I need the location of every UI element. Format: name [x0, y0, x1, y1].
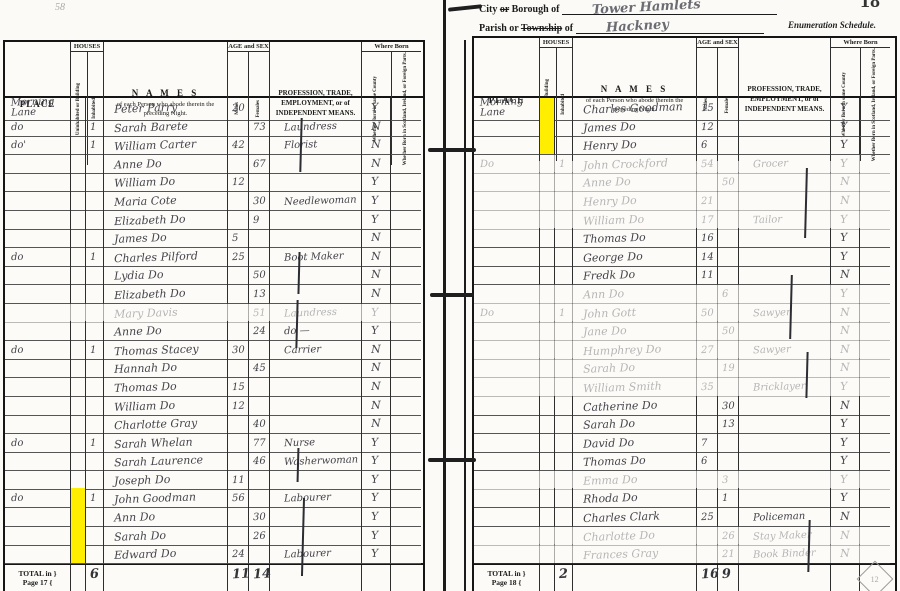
census-row: do1Sarah Whelan77NurseY	[5, 433, 423, 452]
born-county-cell-text: N	[362, 135, 381, 151]
profession-cell	[739, 265, 831, 285]
born-other-cell	[860, 191, 890, 211]
female-age-cell-text: 46	[249, 452, 266, 468]
female-age-cell-text: 6	[718, 285, 729, 300]
name-cell-text: John Crockford	[573, 152, 668, 171]
census-row: Henry Do21N	[474, 191, 895, 210]
born-county-cell-text: Y	[362, 98, 379, 114]
male-age-cell-text: 42	[228, 136, 245, 152]
name-cell: Humphrey Do	[573, 340, 697, 360]
name-cell: Sarah Do	[573, 414, 697, 434]
inhabited-cell-text: 1	[555, 303, 566, 318]
inhabited-cell	[86, 172, 104, 192]
name-cell: Frances Gray	[573, 544, 697, 564]
profession-cell: Stay Maker	[739, 526, 831, 546]
female-age-cell: 73	[249, 117, 270, 137]
profession-cell-text: Bricklayer	[739, 378, 806, 394]
female-age-cell-text: 3	[718, 471, 729, 486]
place-cell-text: Morning Lane	[5, 97, 55, 119]
place-cell-text: Do	[474, 308, 494, 319]
uninhabited-cell	[71, 191, 86, 211]
name-cell-text: Henry Do	[573, 190, 637, 208]
born-county-cell: Y	[831, 433, 860, 453]
born-county-cell-text: N	[362, 228, 381, 244]
born-county-cell-text: Y	[831, 116, 848, 132]
born-county-cell-text: Y	[362, 507, 379, 523]
profession-cell	[739, 247, 831, 267]
female-age-cell	[718, 433, 739, 453]
round-stamp: 12	[857, 560, 894, 591]
place-cell	[474, 340, 540, 360]
uninhabited-cell	[540, 228, 555, 248]
born-county-cell: Y	[831, 284, 860, 304]
born-other-cell	[860, 488, 890, 508]
name-cell: Ann Do	[104, 507, 228, 527]
born-county-cell-text: Y	[831, 98, 848, 114]
born-county-cell-text: N	[831, 321, 850, 337]
female-age-cell-text: 50	[718, 322, 735, 338]
male-age-cell-text: 27	[697, 340, 714, 356]
place-cell	[474, 433, 540, 453]
inhabited-cell	[86, 191, 104, 211]
male-age-cell	[228, 526, 249, 546]
born-other-cell	[860, 358, 890, 378]
uninhabited-cell	[540, 470, 555, 490]
profession-cell: Florist	[270, 135, 362, 155]
inhabited-cell: 1	[555, 154, 573, 174]
uninhabited-cell	[71, 488, 86, 508]
name-cell-text: Emma Do	[573, 469, 638, 487]
male-age-cell-text: 7	[697, 434, 708, 449]
name-cell: Mary Davis	[104, 303, 228, 323]
census-row: William Smith35BricklayerY	[474, 377, 895, 396]
female-age-cell: 30	[718, 396, 739, 416]
uninhabited-cell	[540, 154, 555, 174]
female-age-cell-text: 45	[249, 359, 266, 375]
male-age-cell: 6	[697, 451, 718, 471]
inhabited-cell	[555, 247, 573, 267]
female-age-cell-text: 67	[249, 154, 266, 170]
female-age-cell-text: 13	[718, 415, 735, 431]
place-cell	[474, 191, 540, 211]
born-county-cell-text: N	[831, 395, 850, 411]
born-county-cell-text: Y	[831, 246, 848, 262]
female-age-cell	[249, 247, 270, 267]
census-row: do1Sarah Barete73LaundressN	[5, 117, 423, 136]
male-age-cell-text: 35	[697, 378, 714, 394]
male-age-cell: 6	[697, 135, 718, 155]
born-other-cell	[391, 265, 421, 285]
inhabited-cell	[86, 321, 104, 341]
census-row: Anne Do24do —Y	[5, 321, 423, 340]
male-age-cell: 30	[228, 340, 249, 360]
profession-cell	[739, 117, 831, 137]
census-page-left: PLACE HOUSES Uninhabited or Building Inh…	[3, 40, 425, 591]
stitch-mark	[428, 148, 476, 152]
profession-cell-text: Washerwoman	[270, 452, 359, 469]
place-cell: do'	[5, 135, 71, 155]
female-age-cell-text: 51	[249, 303, 266, 319]
census-row: Edward Do24LabourerY	[5, 544, 423, 563]
female-age-cell	[249, 396, 270, 416]
name-cell-text: William Carter	[104, 134, 197, 153]
census-row: Rhoda Do1Y	[474, 488, 895, 507]
female-age-cell	[718, 303, 739, 323]
uninhabited-cell	[71, 321, 86, 341]
born-county-cell: N	[831, 358, 860, 378]
census-row: Ann Do30Y	[5, 507, 423, 526]
female-age-cell-text: 21	[718, 545, 735, 561]
born-other-cell	[860, 377, 890, 397]
uninhabited-cell	[71, 135, 86, 155]
city-value: Tower Hamlets	[592, 0, 701, 17]
female-age-cell	[718, 117, 739, 137]
stitch-mark	[428, 458, 476, 462]
uninhabited-cell	[71, 265, 86, 285]
born-county-cell-text: Y	[831, 154, 848, 170]
born-county-cell: N	[831, 321, 860, 341]
born-county-cell-text: N	[362, 377, 381, 393]
place-cell-text: do	[5, 494, 24, 505]
inhabited-cell	[86, 470, 104, 490]
inhabited-cell	[555, 433, 573, 453]
profession-cell: Sawyer	[739, 340, 831, 360]
city-blank: Tower Hamlets	[562, 2, 777, 15]
place-cell	[5, 544, 71, 564]
name-cell-text: Henry Do	[573, 134, 637, 152]
census-row: do'1William Carter42FloristN	[5, 135, 423, 154]
total-label: TOTAL in }	[18, 569, 56, 578]
male-age-cell-text: 6	[697, 136, 708, 151]
city-borough-line: City or Borough of Tower Hamlets	[479, 2, 777, 15]
born-other-cell	[391, 210, 421, 230]
male-age-cell	[228, 433, 249, 453]
female-age-cell	[718, 247, 739, 267]
profession-cell: Washerwoman	[270, 451, 362, 471]
born-other-cell	[391, 117, 421, 137]
place-cell	[5, 284, 71, 304]
name-cell-text: Ann Do	[104, 506, 156, 524]
born-county-cell-text: Y	[362, 191, 379, 207]
born-county-cell: Y	[362, 451, 391, 471]
place-cell	[474, 117, 540, 137]
profession-cell	[739, 284, 831, 304]
inhabited-cell	[86, 414, 104, 434]
inhabited-cell: 1	[555, 303, 573, 323]
female-age-cell: 24	[249, 321, 270, 341]
page-number: 18	[860, 0, 880, 13]
profession-cell	[270, 526, 362, 546]
born-other-cell	[860, 172, 890, 192]
stitch-mark	[448, 4, 482, 12]
born-other-cell	[860, 117, 890, 137]
inhabited-cell	[555, 228, 573, 248]
name-cell-text: William Do	[573, 208, 645, 226]
born-county-cell-text: N	[362, 116, 381, 132]
female-age-cell: 77	[249, 433, 270, 453]
born-county-cell: Y	[831, 228, 860, 248]
profession-cell	[739, 358, 831, 378]
uninhabited-cell	[71, 451, 86, 471]
name-cell-text: George Do	[573, 246, 643, 264]
born-other-cell	[391, 154, 421, 174]
born-county-cell: Y	[362, 433, 391, 453]
female-age-cell-text: 30	[249, 192, 266, 208]
born-county-cell-text: N	[362, 358, 381, 374]
name-cell-text: Charles Goodman	[573, 96, 683, 116]
census-row: Charlotte Do26Stay MakerN	[474, 526, 895, 545]
born-county-cell: N	[831, 396, 860, 416]
uninhabited-cell	[540, 544, 555, 564]
census-row: George Do14Y	[474, 247, 895, 266]
census-row: Frances Gray21Book BinderN	[474, 544, 895, 563]
male-age-cell-text: 16	[697, 229, 714, 245]
profession-cell-text: Needlewoman	[270, 191, 357, 208]
name-cell-text: Elizabeth Do	[104, 283, 186, 302]
inhabited-cell: 1	[86, 117, 104, 137]
profession-cell	[739, 172, 831, 192]
place-cell	[474, 470, 540, 490]
born-county-cell-text: N	[831, 265, 850, 281]
place-cell: do	[5, 488, 71, 508]
profession-cell: Nurse	[270, 433, 362, 453]
rows-left: Morning LanePeter Parry20Ydo1Sarah Baret…	[5, 98, 423, 563]
born-other-cell	[391, 191, 421, 211]
born-other-cell	[860, 284, 890, 304]
female-age-cell: 51	[249, 303, 270, 323]
name-cell: John Crockford	[573, 154, 697, 174]
name-cell-text: John Gott	[573, 301, 636, 319]
female-age-cell-text: 9	[249, 210, 260, 225]
born-county-cell-text: Y	[831, 451, 848, 467]
male-age-cell-text: 12	[228, 173, 245, 189]
uninhabited-cell	[540, 303, 555, 323]
age-sex-header: AGE and SEX	[697, 38, 738, 48]
uninhabited-cell	[71, 284, 86, 304]
name-cell-text: Mary Davis	[104, 301, 178, 320]
born-county-cell: N	[362, 135, 391, 155]
born-county-cell: Y	[362, 172, 391, 192]
male-age-cell	[697, 414, 718, 434]
female-age-cell: 40	[249, 414, 270, 434]
name-cell-text: Thomas Do	[573, 450, 646, 469]
born-other-cell	[391, 396, 421, 416]
born-other-cell	[860, 228, 890, 248]
uninhabited-cell	[540, 451, 555, 471]
place-cell	[5, 358, 71, 378]
name-cell-text: Sarah Barete	[104, 115, 188, 134]
inhabited-cell: 1	[86, 488, 104, 508]
place-cell	[474, 135, 540, 155]
enumeration-schedule-label: Enumeration Schedule.	[788, 20, 876, 30]
census-row: James Do5N	[5, 228, 423, 247]
born-other-cell	[860, 340, 890, 360]
born-county-cell-text: N	[831, 191, 850, 207]
male-age-cell: 27	[697, 340, 718, 360]
born-other-cell	[391, 433, 421, 453]
total-houses: 2	[555, 567, 569, 583]
born-county-cell-text: Y	[362, 302, 379, 318]
male-age-cell	[697, 172, 718, 192]
born-other-cell	[391, 488, 421, 508]
male-age-cell: 15	[228, 377, 249, 397]
born-county-cell: Y	[831, 247, 860, 267]
profession-cell	[270, 358, 362, 378]
male-age-cell-text: 25	[697, 508, 714, 524]
place-cell	[474, 451, 540, 471]
inhabited-cell	[86, 228, 104, 248]
born-other-cell	[860, 451, 890, 471]
census-row: Mary Davis51LaundressY	[5, 303, 423, 322]
census-row: Sarah Do19N	[474, 358, 895, 377]
born-county-cell: Y	[831, 117, 860, 137]
born-county-cell-text: N	[831, 507, 850, 523]
name-cell-text: Catherine Do	[573, 394, 658, 413]
inhabited-cell-text: 1	[86, 117, 97, 132]
name-cell: Anne Do	[104, 321, 228, 341]
profession-cell: Sawyer	[739, 303, 831, 323]
stitch-mark	[430, 293, 474, 297]
female-age-cell-text: 1	[718, 489, 729, 504]
female-age-cell	[718, 191, 739, 211]
profession-cell	[270, 470, 362, 490]
census-row: Anne Do50N	[474, 172, 895, 191]
name-cell: George Do	[573, 247, 697, 267]
profession-cell: Laundress	[270, 117, 362, 137]
name-cell-text: Anne Do	[573, 171, 631, 189]
female-age-cell	[718, 135, 739, 155]
total-row-right: TOTAL in }Page 18 { 2 16 9 12	[474, 563, 895, 591]
houses-header: HOUSES	[540, 38, 572, 48]
name-cell-text: Sarah Laurence	[104, 450, 203, 469]
male-age-cell-text: 56	[228, 489, 245, 505]
born-county-cell-text: Y	[362, 321, 379, 337]
place-cell	[474, 265, 540, 285]
census-row: Thomas Do15N	[5, 377, 423, 396]
female-age-cell-text: 50	[249, 266, 266, 282]
uninhabited-cell	[71, 414, 86, 434]
name-cell-text: Frances Gray	[573, 543, 659, 562]
male-age-cell-text: 21	[697, 192, 714, 208]
uninhabited-cell	[71, 358, 86, 378]
born-county-cell-text: N	[362, 414, 381, 430]
born-other-cell	[860, 507, 890, 527]
born-county-cell: Y	[831, 135, 860, 155]
female-age-cell	[718, 377, 739, 397]
inhabited-cell-text: 1	[86, 341, 97, 356]
male-age-cell	[228, 451, 249, 471]
name-cell: Jane Do	[573, 321, 697, 341]
female-age-cell	[718, 451, 739, 471]
census-row: Hannah Do45N	[5, 358, 423, 377]
profession-cell-text: Laundress	[270, 117, 337, 133]
female-age-cell	[718, 507, 739, 527]
female-age-cell	[718, 210, 739, 230]
name-cell: Edward Do	[104, 544, 228, 564]
male-age-cell	[697, 396, 718, 416]
born-county-cell: N	[831, 191, 860, 211]
total-row-left: TOTAL in }Page 17 { 6 11 14	[5, 563, 423, 591]
female-age-cell-text: 24	[249, 322, 266, 338]
names-header: N A M E S	[601, 84, 669, 94]
female-age-cell	[249, 228, 270, 248]
name-cell-text: William Do	[104, 394, 176, 412]
female-age-cell: 30	[249, 191, 270, 211]
female-age-cell: 50	[718, 321, 739, 341]
profession-cell	[270, 265, 362, 285]
place-cell	[474, 526, 540, 546]
parish-label-pre: Parish or	[479, 23, 519, 34]
uninhabited-cell	[71, 117, 86, 137]
profession-cell	[739, 396, 831, 416]
name-cell-text: Thomas Do	[573, 227, 646, 246]
name-cell: Charlotte Gray	[104, 414, 228, 434]
inhabited-cell	[555, 340, 573, 360]
uninhabited-cell	[540, 433, 555, 453]
female-age-cell	[249, 340, 270, 360]
born-other-cell	[391, 303, 421, 323]
female-age-cell	[249, 544, 270, 564]
name-cell-text: Charles Clark	[573, 506, 660, 525]
born-county-cell: N	[362, 247, 391, 267]
place-cell	[474, 396, 540, 416]
inhabited-cell	[86, 284, 104, 304]
male-age-cell-text: 15	[228, 378, 245, 394]
place-cell: do	[5, 433, 71, 453]
born-county-cell: N	[831, 544, 860, 564]
profession-cell	[270, 154, 362, 174]
inhabited-cell	[555, 117, 573, 137]
born-county-cell: N	[362, 117, 391, 137]
born-other-cell	[860, 247, 890, 267]
uninhabited-cell	[71, 228, 86, 248]
uninhabited-cell	[71, 340, 86, 360]
census-row: Henry Do6Y	[474, 135, 895, 154]
born-other-cell	[391, 377, 421, 397]
table-header-left: PLACE HOUSES Uninhabited or Building Inh…	[5, 42, 423, 98]
profession-cell	[739, 191, 831, 211]
born-county-cell-text: Y	[362, 544, 379, 560]
born-county-cell: N	[362, 340, 391, 360]
male-age-cell-text: 17	[697, 210, 714, 226]
uninhabited-cell	[71, 154, 86, 174]
uninhabited-cell	[71, 433, 86, 453]
census-row: Joseph Do11Y	[5, 470, 423, 489]
name-cell-text: William Smith	[573, 375, 662, 394]
uninhabited-cell	[540, 117, 555, 137]
male-age-cell	[228, 414, 249, 434]
place-cell	[474, 210, 540, 230]
name-cell: William Carter	[104, 135, 228, 155]
name-cell: Charles Pilford	[104, 247, 228, 267]
census-row: Maria Cote30NeedlewomanY	[5, 191, 423, 210]
uninhabited-cell	[540, 172, 555, 192]
male-age-cell-text: 12	[228, 396, 245, 412]
inhabited-cell-text: 1	[86, 434, 97, 449]
parish-value: Hackney	[605, 18, 669, 34]
inhabited-cell-text: 1	[86, 248, 97, 263]
female-age-cell	[718, 265, 739, 285]
place-cell	[5, 507, 71, 527]
female-age-cell-text: 19	[718, 359, 735, 375]
born-other-cell	[860, 396, 890, 416]
born-county-cell: Y	[362, 507, 391, 527]
total-females: 9	[718, 567, 732, 583]
male-age-cell	[228, 265, 249, 285]
name-cell-text: John Goodman	[104, 487, 196, 506]
census-row: Catherine Do30N	[474, 396, 895, 415]
born-county-cell-text: Y	[362, 209, 379, 225]
